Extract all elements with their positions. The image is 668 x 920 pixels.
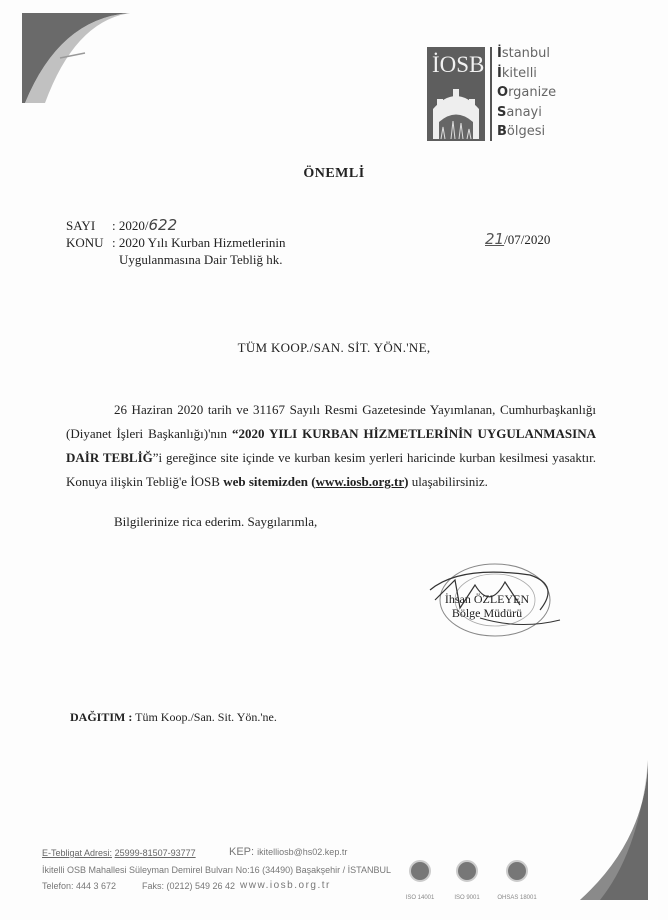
sayi-handwritten: 622: [148, 216, 177, 234]
document-date: 21/07/2020: [485, 230, 550, 248]
footer-website: www.iosb.org.tr: [240, 880, 331, 891]
kep-address: KEP: ikitelliosb@hs02.kep.tr: [229, 846, 347, 858]
corner-swoosh-decoration: [20, 13, 130, 103]
postal-address: İkitelli OSB Mahallesi Süleyman Demirel …: [42, 865, 391, 875]
logo-mark-text: İOSB: [432, 52, 484, 78]
certification-seal-icon: [456, 860, 478, 882]
distribution: DAĞITIM : Tüm Koop./San. Sit. Yön.'ne.: [70, 710, 277, 725]
sayi-label: SAYI: [66, 217, 112, 234]
signatory-title: Bölge Müdürü: [432, 606, 542, 620]
website-link[interactable]: www.iosb.org.tr: [316, 474, 404, 489]
closing-line: Bilgilerinize rica ederim. Saygılarımla,: [114, 514, 317, 530]
certification-seal-icon: [409, 860, 431, 882]
konu-label: KONU: [66, 234, 112, 251]
cert-iso9001: ISO 9001: [442, 860, 492, 904]
logo-wordmark: İstanbul İkitelli Organize Sanayi Bölges…: [497, 44, 556, 142]
signatory: İhsan ÖZLEYEN Bölge Müdürü: [432, 592, 542, 620]
signatory-name: İhsan ÖZLEYEN: [432, 592, 542, 606]
cert-iso14001: ISO 14001: [395, 860, 445, 904]
fax-number: Faks: (0212) 549 26 42: [142, 881, 235, 891]
etebligat-address: E-Tebligat Adresi: 25999-81507-93777: [42, 848, 196, 858]
logo-divider: [490, 47, 492, 141]
certification-seal-icon: [506, 860, 528, 882]
recipient-line: TÜM KOOP./SAN. SİT. YÖN.'NE,: [0, 340, 668, 356]
phone-number: Telefon: 444 3 672: [42, 881, 116, 891]
letter-body: 26 Haziran 2020 tarih ve 31167 Sayılı Re…: [66, 398, 596, 494]
document-meta: SAYI: 2020/622 KONU: 2020 Yılı Kurban Hi…: [66, 217, 286, 268]
corner-swoosh-decoration-bottom: [580, 760, 660, 900]
konu-line2: Uygulanmasına Dair Tebliğ hk.: [66, 251, 286, 268]
document-title: ÖNEMLİ: [0, 166, 668, 182]
cert-ohsas18001: OHSAS 18001: [492, 860, 542, 904]
